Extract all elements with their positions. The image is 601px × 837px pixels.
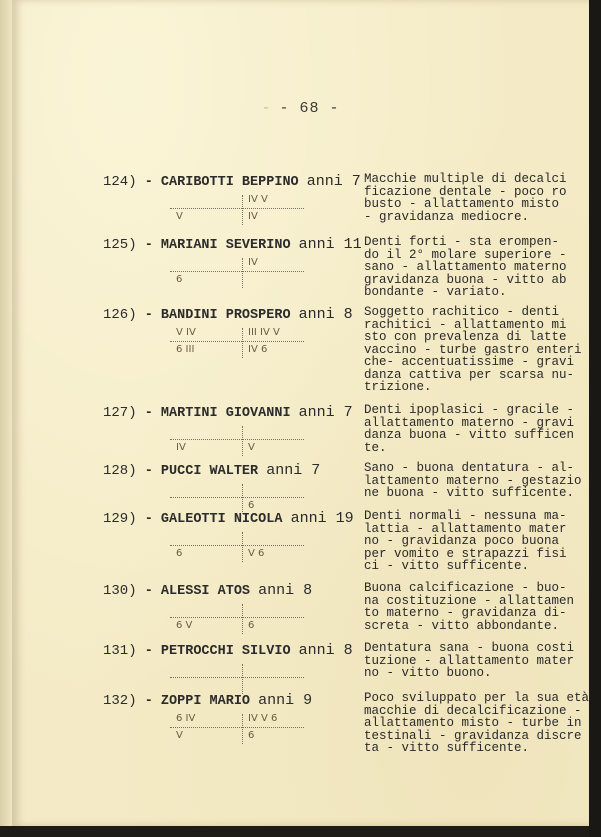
- dental-upper-right: III IV V: [248, 327, 280, 338]
- patient-age: anni 7: [299, 404, 353, 421]
- dental-horizontal-line: [170, 208, 304, 209]
- entry-number: 126): [103, 307, 137, 323]
- dental-formula: V IV III IV V 6 III IV 6: [162, 326, 312, 372]
- patient-name: - CARIBOTTI BEPPINO: [145, 175, 299, 190]
- patient-name: - GALEOTTI NICOLA: [145, 512, 283, 527]
- dental-upper-right: IV V: [248, 194, 268, 205]
- dental-formula: IV V V IV: [162, 193, 312, 239]
- dental-lower-right: IV 6: [248, 344, 267, 355]
- dental-upper-left: V IV: [176, 327, 196, 338]
- entry-heading: 130) - ALESSI ATOS anni 8: [103, 582, 312, 599]
- dental-lower-right: 6: [248, 620, 254, 631]
- patient-name: - MARTINI GIOVANNI: [145, 406, 291, 421]
- entry-heading: 128) - PUCCI WALTER anni 7: [103, 462, 320, 479]
- dental-formula: IV 6: [162, 256, 312, 302]
- dental-lower-left: V: [176, 211, 183, 222]
- patient-name: - ALESSI ATOS: [145, 584, 250, 599]
- entry-number: 128): [103, 463, 137, 479]
- patient-age: anni 11: [299, 236, 362, 253]
- patient-age: anni 8: [258, 582, 312, 599]
- entry-heading: 131) - PETROCCHI SILVIO anni 8: [103, 642, 353, 659]
- entry-number: 127): [103, 405, 137, 421]
- dental-vertical-line: [242, 604, 243, 634]
- page-number-text: - 68 -: [280, 100, 340, 117]
- dental-horizontal-line: [170, 497, 304, 498]
- dental-lower-right: V: [248, 442, 255, 453]
- patient-name: - PETROCCHI SILVIO: [145, 644, 291, 659]
- dental-upper-left: 6 IV: [176, 713, 195, 724]
- dental-lower-left: 6 III: [176, 344, 194, 355]
- dental-vertical-line: [242, 328, 243, 358]
- dental-lower-right: V 6: [248, 548, 264, 559]
- entry-heading: 132) - ZOPPI MARIO anni 9: [103, 692, 312, 709]
- entry-number: 129): [103, 511, 137, 527]
- entry-description: Poco sviluppato per la sua età macchie d…: [364, 692, 594, 755]
- entry-description: Denti forti - sta erompen- do il 2° mola…: [364, 236, 594, 299]
- dental-horizontal-line: [170, 545, 304, 546]
- dental-upper-right: IV V 6: [248, 713, 277, 724]
- dental-lower-left: V: [176, 730, 183, 741]
- entry-heading: 127) - MARTINI GIOVANNI anni 7: [103, 404, 353, 421]
- dental-lower-left: 6 V: [176, 620, 192, 631]
- entry-heading: 126) - BANDINI PROSPERO anni 8: [103, 306, 353, 323]
- entry-number: 132): [103, 693, 137, 709]
- dental-horizontal-line: [170, 727, 304, 728]
- dental-lower-right: IV: [248, 211, 258, 222]
- entry-heading: 124) - CARIBOTTI BEPPINO anni 7: [103, 173, 361, 190]
- patient-name: - MARIANI SEVERINO: [145, 238, 291, 253]
- patient-age: anni 9: [258, 692, 312, 709]
- entry-description: Denti normali - nessuna ma- lattia - all…: [364, 510, 594, 573]
- dental-horizontal-line: [170, 271, 304, 272]
- entry-number: 125): [103, 237, 137, 253]
- entry-description: Denti ipoplasici - gracile - allattament…: [364, 404, 594, 454]
- entry-heading: 125) - MARIANI SEVERINO anni 11: [103, 236, 362, 253]
- dental-vertical-line: [242, 664, 243, 694]
- dental-vertical-line: [242, 426, 243, 456]
- dental-horizontal-line: [170, 341, 304, 342]
- entry-description: Dentatura sana - buona costi tuzione - a…: [364, 642, 594, 680]
- dental-lower-left: IV: [176, 442, 186, 453]
- dental-horizontal-line: [170, 677, 304, 678]
- page-number: -- 68 -: [12, 100, 589, 117]
- dental-formula: 6 V 6: [162, 530, 312, 576]
- dental-horizontal-line: [170, 617, 304, 618]
- patient-name: - BANDINI PROSPERO: [145, 308, 291, 323]
- patient-age: anni 8: [299, 306, 353, 323]
- entry-number: 124): [103, 174, 137, 190]
- dental-horizontal-line: [170, 439, 304, 440]
- entry-number: 131): [103, 643, 137, 659]
- patient-age: anni 7: [307, 173, 361, 190]
- dental-formula: 6 IV IV V 6 V 6: [162, 712, 312, 758]
- dental-vertical-line: [242, 195, 243, 225]
- entry-heading: 129) - GALEOTTI NICOLA anni 19: [103, 510, 354, 527]
- patient-name: - PUCCI WALTER: [145, 464, 258, 479]
- patient-name: - ZOPPI MARIO: [145, 694, 250, 709]
- scan-border: [589, 0, 601, 837]
- patient-age: anni 19: [291, 510, 354, 527]
- entry-description: Macchie multiple di decalci ficazione de…: [364, 173, 594, 223]
- entry-description: Sano - buona dentatura - al- lattamento …: [364, 462, 594, 500]
- ghost-dash: -: [261, 100, 271, 117]
- dental-lower-right: 6: [248, 730, 254, 741]
- dental-vertical-line: [242, 258, 243, 288]
- patient-age: anni 8: [299, 642, 353, 659]
- dental-lower-left: 6: [176, 548, 182, 559]
- dental-vertical-line: [242, 532, 243, 562]
- entry-description: Soggetto rachitico - denti rachitici - a…: [364, 306, 594, 394]
- entry-description: Buona calcificazione - buo- na costituzi…: [364, 582, 594, 632]
- patient-age: anni 7: [266, 462, 320, 479]
- entry-number: 130): [103, 583, 137, 599]
- dental-lower-left: 6: [176, 274, 182, 285]
- dental-upper-right: IV: [248, 257, 258, 268]
- document-page: -- 68 - 124) - CARIBOTTI BEPPINO anni 7 …: [12, 0, 589, 826]
- dental-vertical-line: [242, 714, 243, 744]
